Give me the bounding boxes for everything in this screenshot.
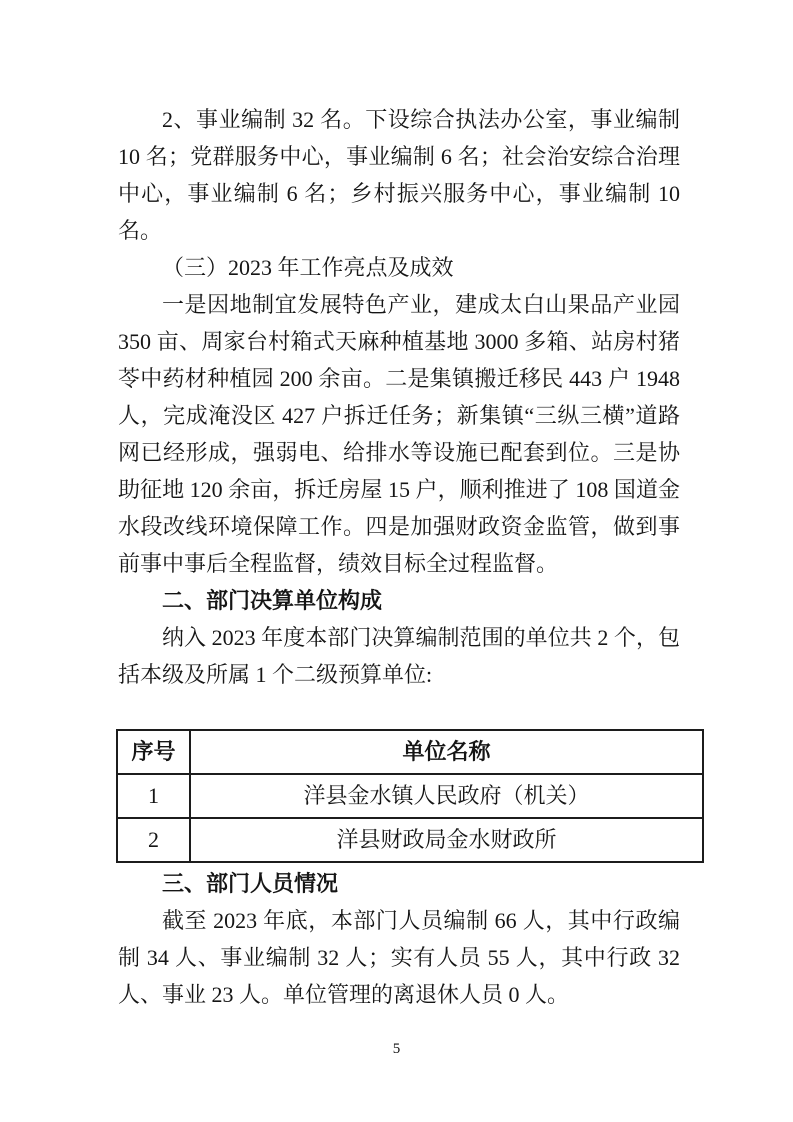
heading-personnel: 三、部门人员情况	[118, 865, 680, 902]
units-table-header-row: 序号 单位名称	[117, 730, 703, 774]
document-page: 2、事业编制 32 名。下设综合执法办公室，事业编制 10 名；党群服务中心，事…	[0, 0, 793, 1122]
paragraph-unit-scope: 纳入 2023 年度本部门决算编制范围的单位共 2 个，包括本级及所属 1 个二…	[118, 619, 680, 693]
heading-2023-highlights: （三）2023 年工作亮点及成效	[118, 249, 680, 286]
page-number: 5	[0, 1040, 793, 1058]
cell-unit-name: 洋县财政局金水财政所	[190, 818, 703, 862]
table-row: 2 洋县财政局金水财政所	[117, 818, 703, 862]
page-content: 2、事业编制 32 名。下设综合执法办公室，事业编制 10 名；党群服务中心，事…	[118, 101, 680, 1013]
cell-unit-name: 洋县金水镇人民政府（机关）	[190, 774, 703, 818]
table-row: 1 洋县金水镇人民政府（机关）	[117, 774, 703, 818]
units-table: 序号 单位名称 1 洋县金水镇人民政府（机关） 2 洋县财政局金水财政所	[116, 729, 704, 863]
paragraph-personnel-detail: 截至 2023 年底，本部门人员编制 66 人，其中行政编制 34 人、事业编制…	[118, 902, 680, 1013]
cell-row-index: 1	[117, 774, 190, 818]
cell-row-index: 2	[117, 818, 190, 862]
units-table-header-unit-name: 单位名称	[190, 730, 703, 774]
units-table-header-index: 序号	[117, 730, 190, 774]
paragraph-staffing: 2、事业编制 32 名。下设综合执法办公室，事业编制 10 名；党群服务中心，事…	[118, 101, 680, 249]
paragraph-highlights-detail: 一是因地制宜发展特色产业，建成太白山果品产业园 350 亩、周家台村箱式天麻种植…	[118, 286, 680, 582]
heading-unit-composition: 二、部门决算单位构成	[118, 582, 680, 619]
